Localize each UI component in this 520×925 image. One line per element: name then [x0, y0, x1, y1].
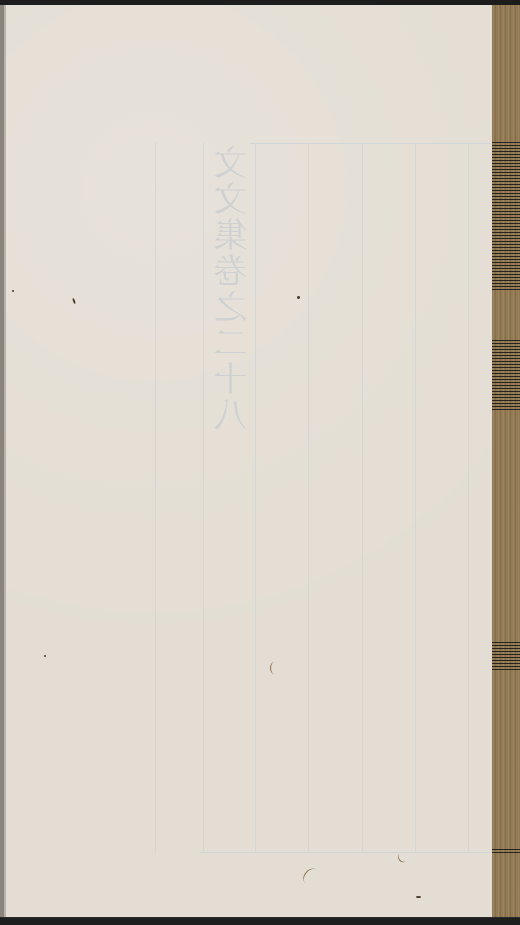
- column-rule: [468, 143, 469, 853]
- frame-bottom-line: [200, 852, 490, 853]
- edge-ink-mark: [492, 340, 520, 410]
- paper-speck: [297, 296, 300, 299]
- show-through-text: 文文集卷之二十八: [214, 145, 254, 433]
- column-rule: [155, 143, 156, 853]
- column-rule: [203, 143, 204, 853]
- blank-page: [4, 5, 494, 917]
- scan-bottom-border: [0, 918, 520, 925]
- column-rule: [255, 143, 256, 853]
- edge-ink-mark: [492, 848, 520, 853]
- column-rule: [362, 143, 363, 853]
- edge-ink-mark: [492, 640, 520, 670]
- paper-speck: [12, 290, 14, 292]
- column-rule: [308, 143, 309, 853]
- column-rule: [415, 143, 416, 853]
- edge-ink-mark: [492, 140, 520, 290]
- frame-top-line: [250, 143, 490, 144]
- paper-speck: [44, 655, 46, 657]
- paper-fiber: [270, 662, 279, 674]
- paper-speck: [416, 896, 421, 898]
